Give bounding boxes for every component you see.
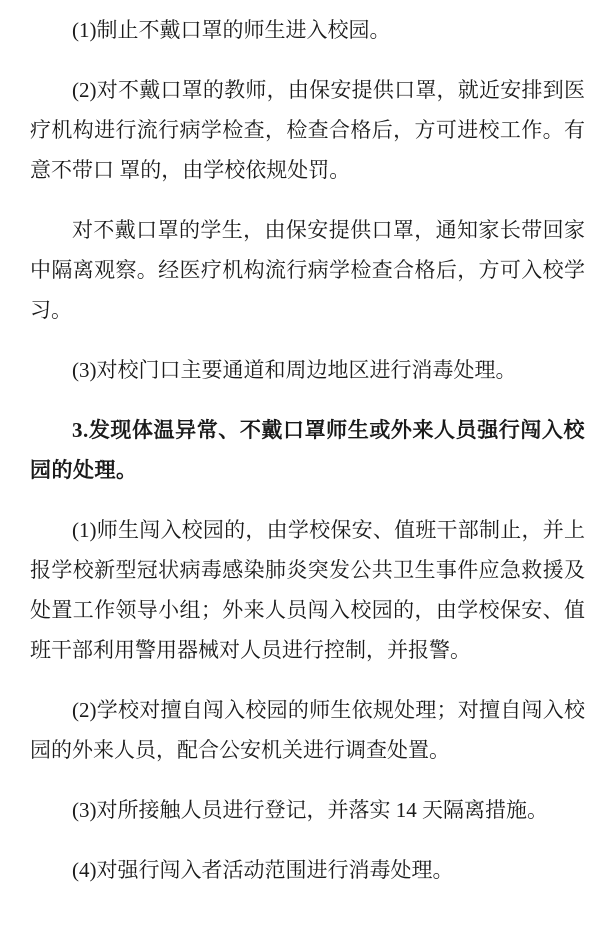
paragraph-student-no-mask: 对不戴口罩的学生，由保安提供口罩，通知家长带回家中隔离观察。经医疗机构流行病学检… <box>30 210 585 330</box>
paragraph-mask-stop-entry: (1)制止不戴口罩的师生进入校园。 <box>30 10 585 50</box>
section-heading-intrusion-handling: 3.发现体温异常、不戴口罩师生或外来人员强行闯入校园的处理。 <box>30 410 585 490</box>
paragraph-teacher-no-mask: (2)对不戴口罩的教师，由保安提供口罩，就近安排到医疗机构进行流行病学检查，检查… <box>30 70 585 190</box>
paragraph-intruder-area-disinfection: (4)对强行闯入者活动范围进行消毒处理。 <box>30 850 585 890</box>
paragraph-gate-disinfection: (3)对校门口主要通道和周边地区进行消毒处理。 <box>30 350 585 390</box>
paragraph-intruder-control: (1)师生闯入校园的，由学校保安、值班干部制止，并上报学校新型冠状病毒感染肺炎突… <box>30 510 585 670</box>
document-page: (1)制止不戴口罩的师生进入校园。 (2)对不戴口罩的教师，由保安提供口罩，就近… <box>0 0 613 942</box>
paragraph-intruder-punishment: (2)学校对擅自闯入校园的师生依规处理；对擅自闯入校园的外来人员，配合公安机关进… <box>30 690 585 770</box>
paragraph-contact-registration: (3)对所接触人员进行登记，并落实 14 天隔离措施。 <box>30 790 585 830</box>
